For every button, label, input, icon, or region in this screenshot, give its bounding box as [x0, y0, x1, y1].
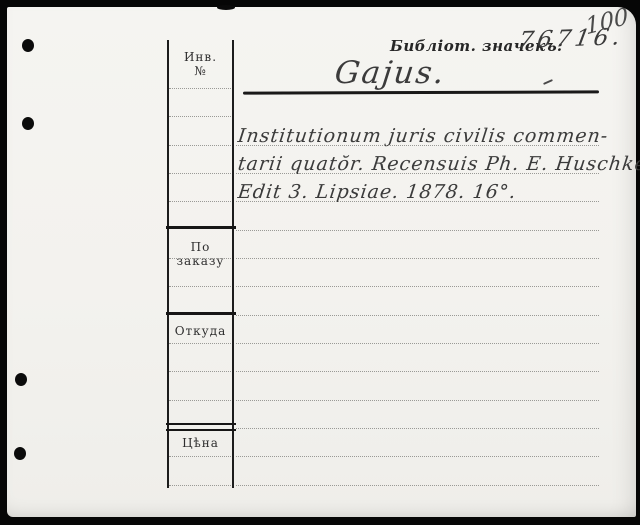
stray-pen-mark: [543, 79, 553, 85]
ruled-line: [236, 428, 599, 429]
scan-background: { "scan": { "page_number": "100" }, "hea…: [0, 0, 640, 525]
ruled-line: [236, 315, 599, 316]
ruled-line: [169, 485, 231, 486]
section-divider: [166, 312, 236, 315]
ruled-line: [236, 201, 599, 202]
punch-hole-dot: [22, 39, 34, 52]
price-label: Цѣна: [167, 436, 234, 450]
section-divider: [166, 226, 236, 229]
inventory-label-line2: №: [167, 64, 234, 78]
card: Инв. № По заказу Откуда Цѣна Библіот. зн…: [7, 7, 636, 517]
body-line: tarii quatŏr. Recensuis Ph. E. Huschke.: [237, 153, 640, 175]
body-line: Institutionum juris civilis commen-: [237, 125, 610, 147]
ruled-line: [236, 371, 599, 372]
ruled-line: [236, 286, 599, 287]
scan-smudge: [217, 5, 235, 10]
order-label: По заказу: [167, 240, 234, 268]
ruled-line: [169, 201, 231, 202]
inventory-number-label: Инв. №: [167, 50, 234, 78]
ruled-line: [236, 145, 599, 146]
ruled-line: [236, 343, 599, 344]
ruled-line: [169, 173, 231, 174]
punch-hole-dot: [15, 373, 27, 386]
inventory-label-line1: Инв.: [167, 50, 234, 64]
punch-hole-dot: [22, 117, 34, 130]
ruled-line: [169, 456, 231, 457]
ruled-line: [169, 145, 231, 146]
ruled-line: [236, 230, 599, 231]
body-line: Edit 3. Lipsiae. 1878. 16°.: [237, 181, 518, 203]
ruled-line: [236, 485, 599, 486]
ruled-line: [236, 173, 599, 174]
ruled-line: [169, 400, 231, 401]
ruled-line: [169, 343, 231, 344]
ruled-line: [169, 116, 231, 117]
section-divider-double: [166, 423, 236, 431]
ruled-line: [169, 371, 231, 372]
ruled-line: [169, 258, 231, 259]
ruled-line: [236, 400, 599, 401]
title-underline: [243, 90, 599, 94]
ruled-line: [169, 286, 231, 287]
ruled-line: [169, 88, 231, 89]
origin-label: Откуда: [167, 324, 234, 338]
ruled-line: [236, 456, 599, 457]
ruled-line: [236, 258, 599, 259]
punch-hole-dot: [14, 447, 26, 460]
card-title: Gajus.: [333, 55, 448, 91]
